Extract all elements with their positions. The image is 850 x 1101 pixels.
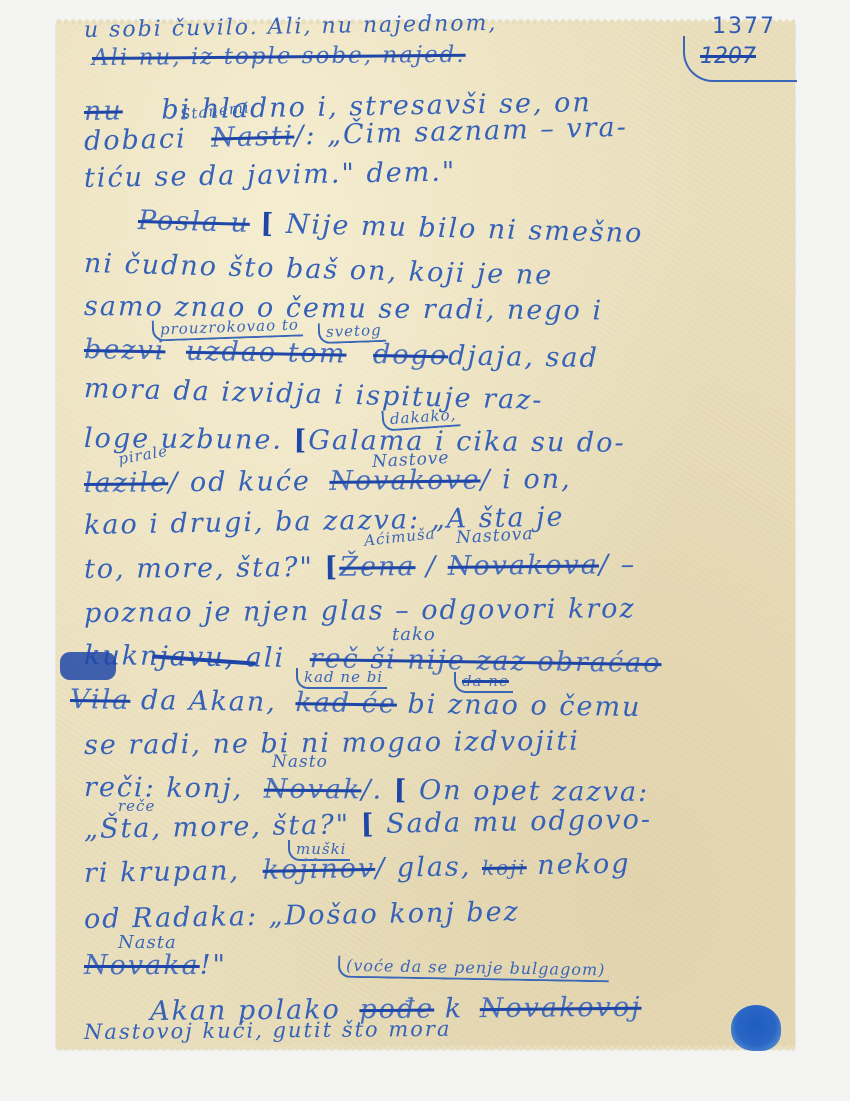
line-15: poznao je njen glas – odgovori kroz xyxy=(84,593,636,629)
line-18: se radi, ne bi ni mogao izdvojiti xyxy=(84,726,580,761)
line-11-b: Galama i cika su do- xyxy=(308,425,625,459)
paragraph-bracket-icon: [ xyxy=(324,552,339,583)
line-20-b: Sada mu odgovo- xyxy=(375,804,652,840)
struck-word: nu xyxy=(84,95,123,127)
paragraph-bracket-icon: [ xyxy=(394,775,409,806)
struck-word: uzdao tom xyxy=(186,336,347,370)
insertion-kad-ne-bi: kad ne bi xyxy=(296,668,387,689)
line-14-c: / xyxy=(415,551,448,582)
line-11-a: loge uzbune. xyxy=(84,423,283,456)
line-19: reči: konj, Novak/. [ On opet zazva: xyxy=(84,772,649,808)
line-14: to, more, šta?" [Žena / Novakova/ – xyxy=(84,549,636,585)
line-19-a: reči: konj, xyxy=(84,772,244,804)
paragraph-bracket-icon: [ xyxy=(360,809,375,840)
line-25: Nastovoj kući, gutit što mora xyxy=(84,1017,452,1044)
line-14-e: / – xyxy=(599,549,636,580)
struck-word: Novakova xyxy=(448,550,599,582)
struck-word: Žena xyxy=(339,551,416,583)
line-19-c: /. xyxy=(361,774,383,805)
struck-word: koji xyxy=(482,855,527,880)
insertion-nasto: Nasto xyxy=(272,752,328,772)
struck-word: Vila xyxy=(70,684,131,716)
line-12: lazile/ od kuće Novakove/ i on, xyxy=(84,464,572,499)
line-12-b: / od kuće xyxy=(168,466,311,498)
struck-word: kojinov xyxy=(262,853,375,886)
insertion-tako: tako xyxy=(392,624,436,645)
line-21-e: nekog xyxy=(526,848,630,881)
struck-word: lazile xyxy=(84,467,168,499)
struck-word: dogo xyxy=(373,339,449,371)
old-page-number-struck: 1207 xyxy=(700,44,756,69)
insertion-nastova: Nastova xyxy=(456,524,534,548)
page-number: 1377 xyxy=(712,14,776,39)
line-19-d: On opet zazva: xyxy=(408,775,649,808)
paragraph-bracket-icon: [ xyxy=(260,208,276,239)
struck-word: Novak xyxy=(264,774,362,806)
line-4-a: dobaci xyxy=(84,123,187,157)
struck-word: Nasti xyxy=(211,120,295,153)
line-17-b: da Akan, xyxy=(130,685,277,718)
line-21-c: / glas, xyxy=(375,851,472,884)
struck-word: Novakove xyxy=(329,465,480,497)
struck-word: Posla u xyxy=(138,205,251,239)
line-23: Novaka!" xyxy=(84,950,227,981)
struck-word: kad će xyxy=(295,687,397,719)
struck-word: Novakovoj xyxy=(480,992,642,1024)
paragraph-bracket-icon: [ xyxy=(293,425,308,456)
line-5: tiću se da javim." dem." xyxy=(84,157,457,194)
line-17-d: bi znao o čemu xyxy=(397,689,642,723)
line-9-text: djaja, sad xyxy=(448,340,599,374)
struck-word: bezvi xyxy=(84,334,166,366)
line-23-b: !" xyxy=(200,950,227,981)
struck-word: Novaka xyxy=(84,950,200,981)
line-12-d: / i on, xyxy=(480,464,571,496)
line-2-struck: Ali nu, iz tople sobe, najed. xyxy=(92,42,466,71)
margin-note: (voće da se penje bulgagom) xyxy=(338,956,610,983)
line-14-a: to, more, šta?" xyxy=(84,552,314,585)
ink-blot xyxy=(731,1005,781,1051)
ink-scribble xyxy=(60,652,116,680)
line-21-a: ri krupan, xyxy=(84,855,241,889)
